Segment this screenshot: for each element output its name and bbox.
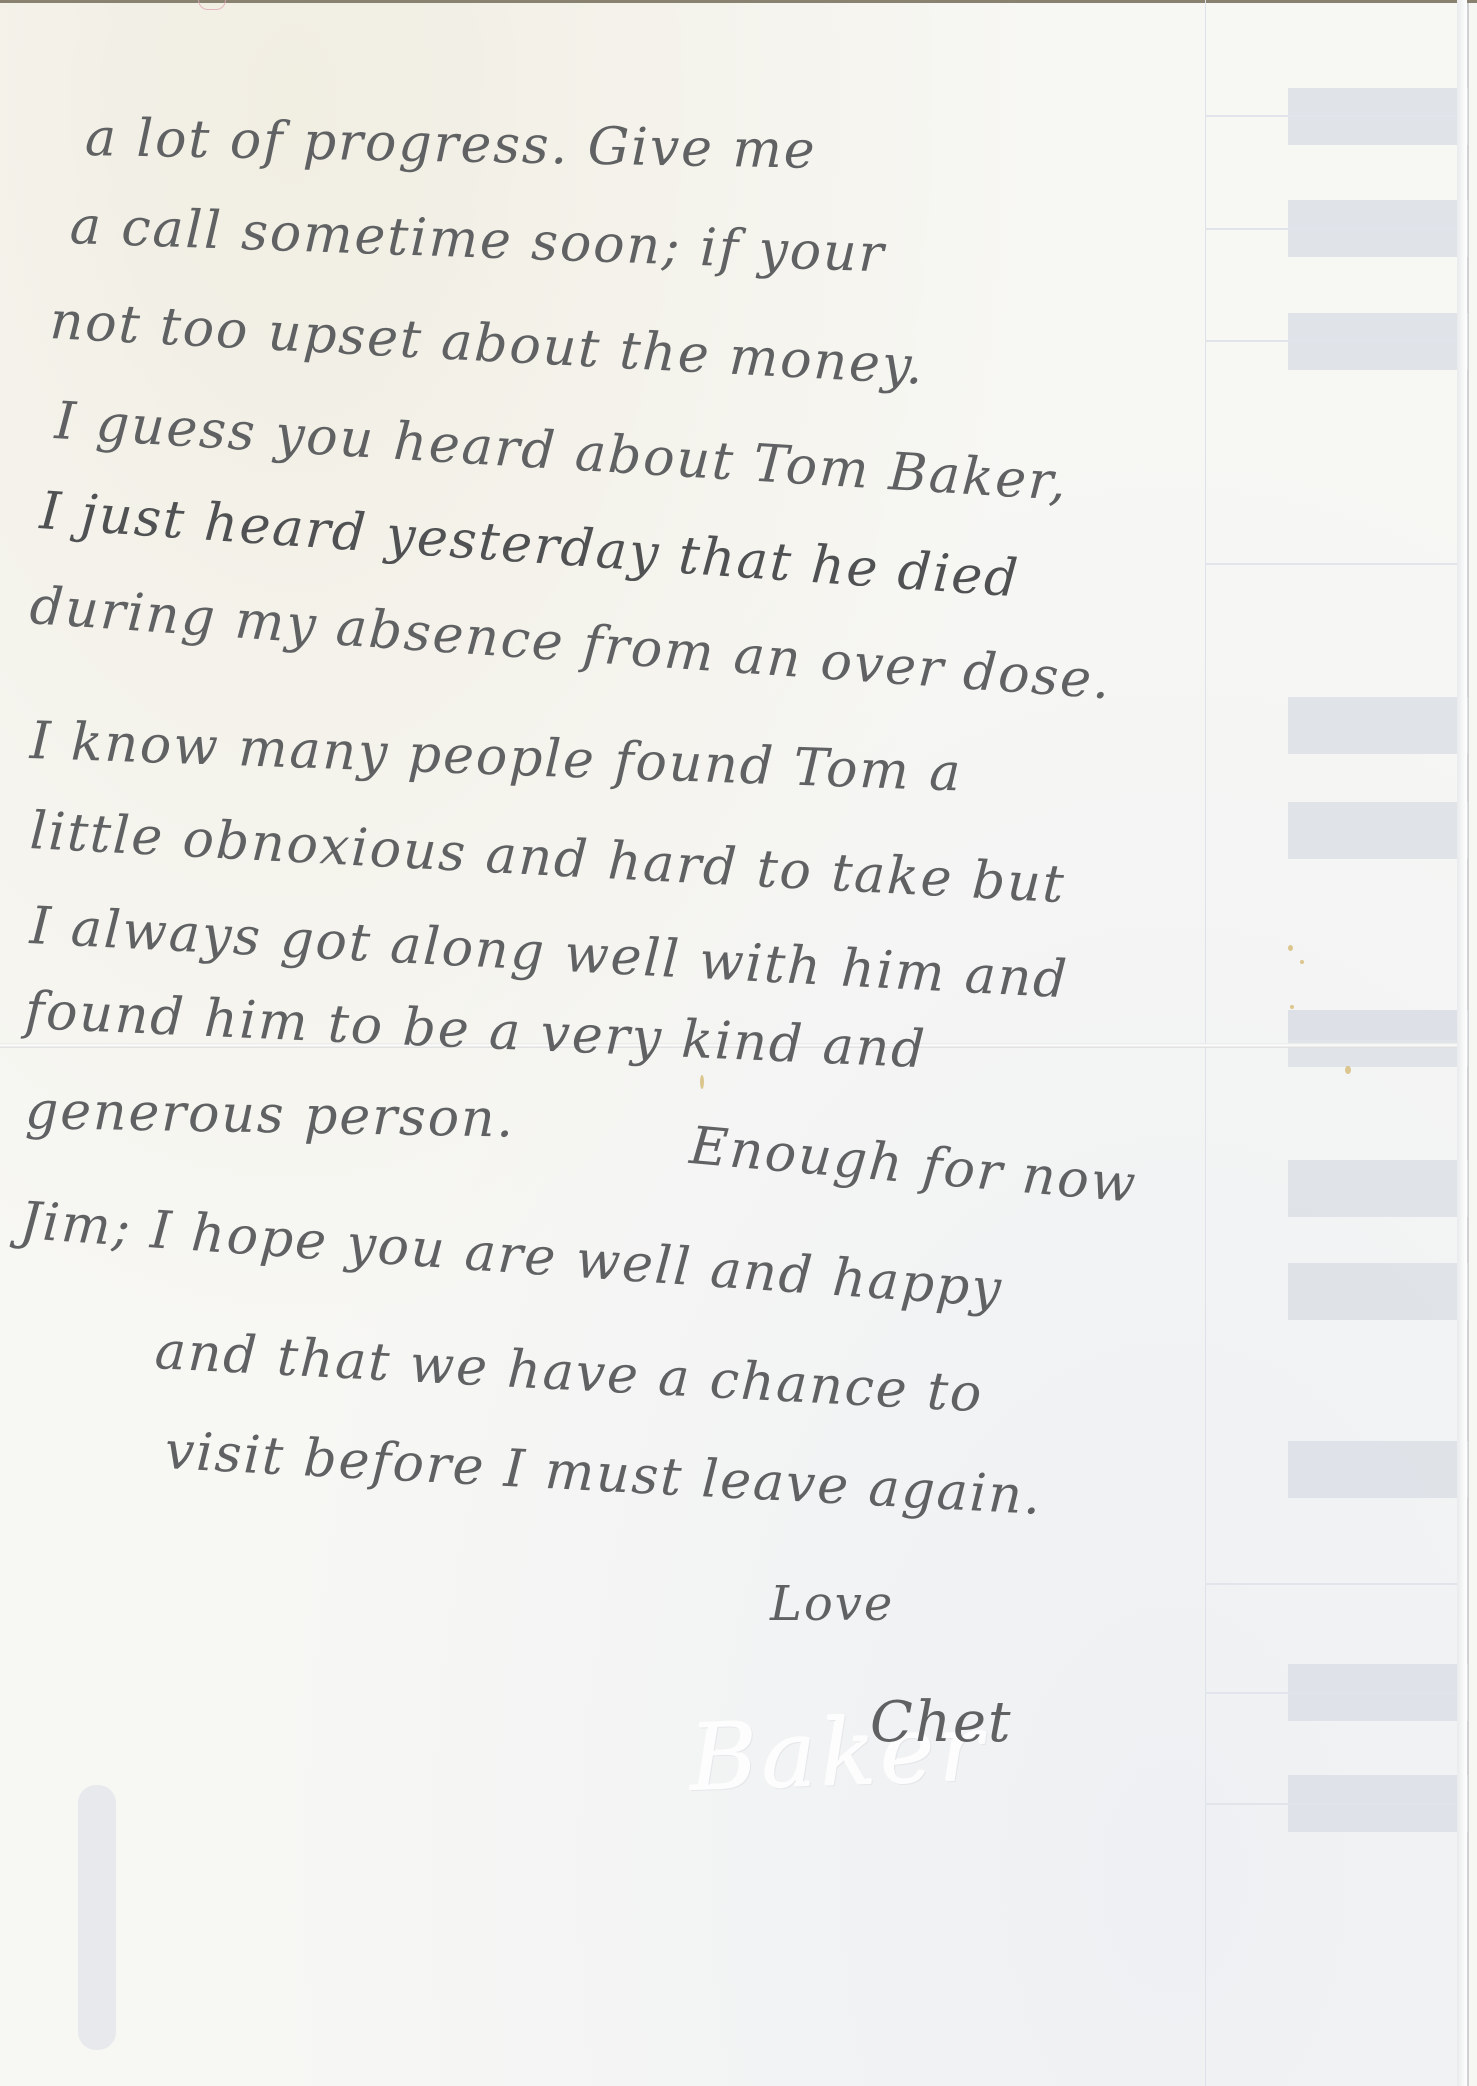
stain-spot: [1290, 1005, 1294, 1009]
margin-rule: [1205, 340, 1467, 342]
margin-stripe: [1288, 697, 1468, 754]
letter-line: a lot of progress. Give me: [85, 112, 818, 177]
letter-line: Enough for now: [688, 1120, 1140, 1211]
letter-line: I know many people found Tom a: [29, 715, 963, 800]
margin-rule: [1205, 1583, 1467, 1585]
margin-rule: [1205, 1803, 1467, 1805]
letter-line: and that we have a chance to: [154, 1325, 985, 1420]
stain-spot: [1300, 960, 1304, 964]
margin-stripe: [1288, 802, 1468, 859]
bleed-through-mark: [78, 1785, 116, 2050]
letter-line: Jim; I hope you are well and happy: [18, 1195, 1004, 1316]
scan-right-edge: [1457, 0, 1467, 2086]
letter-line: found him to be a very kind and: [24, 985, 928, 1076]
signature: Chet: [870, 1695, 1013, 1751]
letter-line: little obnoxious and hard to take but: [29, 805, 1067, 911]
margin-stripe: [1288, 1160, 1468, 1217]
margin-rule: [1205, 115, 1467, 117]
stain-spot: [1288, 945, 1293, 951]
margin-stripe: [1288, 1263, 1468, 1320]
stain-spot: [1345, 1066, 1351, 1074]
letter-line: not too upset about the money.: [49, 295, 927, 393]
letter-line: a call sometime soon; if your: [69, 200, 886, 280]
pink-page-mark: [198, 0, 226, 10]
closing: Love: [770, 1580, 894, 1628]
margin-rule: [1205, 563, 1467, 565]
margin-rule: [1205, 1692, 1467, 1694]
letter-line: visit before I must leave again.: [164, 1425, 1044, 1523]
margin-rule: [1205, 228, 1467, 230]
letter-page: Baker a lot of progress. Give me a call …: [0, 0, 1469, 2086]
margin-stripe: [1288, 1010, 1468, 1067]
margin-stripe: [1288, 1441, 1468, 1498]
stain-spot: [700, 1075, 704, 1089]
letter-line: generous person.: [25, 1085, 516, 1146]
